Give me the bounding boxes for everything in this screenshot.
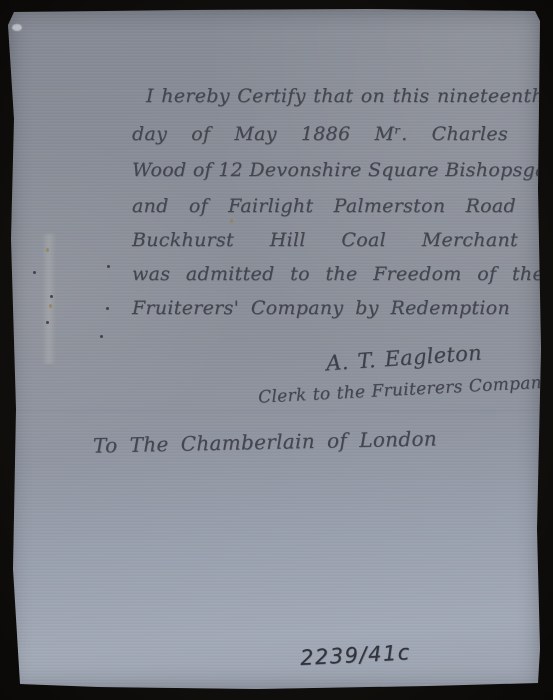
- certificate-line-6: was admitted to the Freedom of the: [132, 261, 544, 287]
- paper-speck: [100, 335, 103, 338]
- document-paper: I hereby Certify that on this nineteenth…: [8, 9, 541, 690]
- certificate-line-7: Fruiterers' Company by Redemption: [132, 295, 510, 321]
- paper-fold-line: [8, 411, 541, 414]
- paper-speck: [230, 219, 233, 223]
- certificate-line-1: I hereby Certify that on this nineteenth: [146, 83, 544, 109]
- paper-speck: [33, 271, 36, 274]
- certificate-line-5: Buckhurst Hill Coal Merchant: [132, 227, 518, 253]
- paper-speck: [106, 307, 109, 310]
- paper-speck: [107, 265, 110, 268]
- photo-background: I hereby Certify that on this nineteenth…: [0, 0, 553, 700]
- paper-crease: [42, 234, 56, 364]
- certificate-line-2: day of May 1886 Mʳ. Charles: [132, 121, 508, 147]
- certificate-line-4: and of Fairlight Palmerston Road: [132, 193, 516, 219]
- certificate-line-3: Wood of 12 Devonshire Square Bishopsgate: [132, 157, 536, 183]
- paper-speck: [12, 24, 22, 31]
- clerk-signature: A. T. Eagleton: [325, 340, 482, 377]
- archive-reference-number: 2239/41c: [299, 639, 416, 671]
- addressee-line: To The Chamberlain of London: [93, 425, 437, 458]
- clerk-title: Clerk to the Fruiterers Company: [258, 369, 553, 410]
